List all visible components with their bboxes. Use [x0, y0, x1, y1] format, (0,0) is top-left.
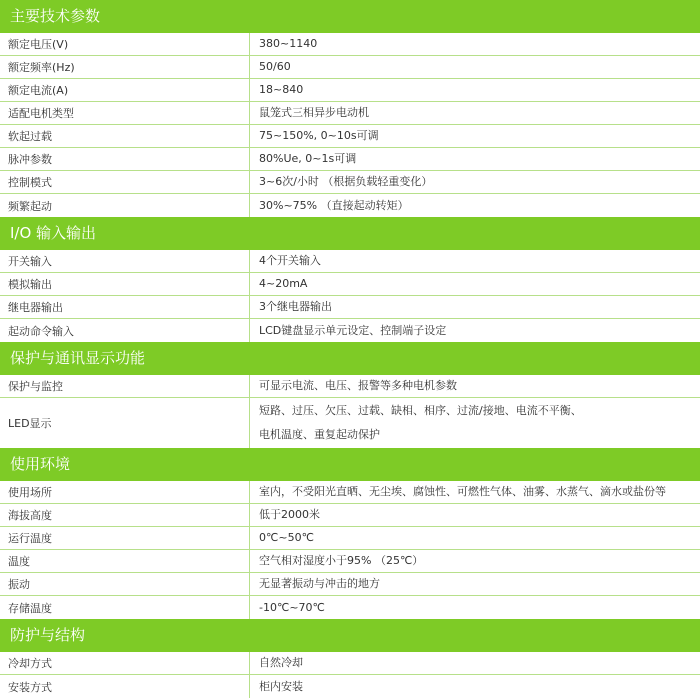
row-value-text: 可显示电流、电压、报警等多种电机参数 — [259, 374, 700, 398]
row-value-text: 电机温度、重复起动保护 — [259, 423, 700, 447]
row-value-text: LCD键盘显示单元设定、控制端子设定 — [259, 319, 700, 343]
table-row: 脉冲参数80%Ue, 0~1s可调 — [0, 148, 700, 171]
row-label: 存储温度 — [0, 596, 250, 619]
table-row: 安装方式柜内安装 — [0, 675, 700, 698]
row-value-text: 0℃~50℃ — [259, 526, 700, 550]
row-value-text: 柜内安装 — [259, 675, 700, 699]
table-row: 开关输入4个开关输入 — [0, 250, 700, 273]
row-value: 低于2000米 — [250, 504, 700, 526]
section-title: 保护与通讯显示功能 — [0, 342, 700, 375]
row-label: 安装方式 — [0, 675, 250, 698]
row-value: 3~6次/小时 （根据负载轻重变化） — [250, 171, 700, 193]
row-label: 额定电流(A) — [0, 79, 250, 101]
section-title: 防护与结构 — [0, 619, 700, 652]
table-row: 模拟输出4~20mA — [0, 273, 700, 296]
row-value-text: 短路、过压、欠压、过载、缺相、相序、过流/接地、电流不平衡、 — [259, 399, 700, 423]
row-value: 4个开关输入 — [250, 250, 700, 272]
table-row: 额定电压(V)380~1140 — [0, 33, 700, 56]
row-value: 室内，不受阳光直晒、无尘埃、腐蚀性、可燃性气体、油雾、水蒸气、滴水或盐份等 — [250, 481, 700, 503]
row-label: 模拟输出 — [0, 273, 250, 295]
table-row: 额定频率(Hz)50/60 — [0, 56, 700, 79]
row-label: 脉冲参数 — [0, 148, 250, 170]
row-label: 使用场所 — [0, 481, 250, 503]
section-title: I/O 输入输出 — [0, 217, 700, 250]
row-label: 频繁起动 — [0, 194, 250, 217]
table-row: 适配电机类型鼠笼式三相异步电动机 — [0, 102, 700, 125]
table-row: 使用场所室内，不受阳光直晒、无尘埃、腐蚀性、可燃性气体、油雾、水蒸气、滴水或盐份… — [0, 481, 700, 504]
row-value: 柜内安装 — [250, 675, 700, 698]
row-label: 振动 — [0, 573, 250, 595]
row-value: 30%~75% （直接起动转矩） — [250, 194, 700, 217]
row-value-text: 4~20mA — [259, 272, 700, 296]
row-label: 起动命令输入 — [0, 319, 250, 342]
row-label: 海拔高度 — [0, 504, 250, 526]
row-value: 75~150%, 0~10s可调 — [250, 125, 700, 147]
row-value-text: -10℃~70℃ — [259, 596, 700, 620]
table-row: 海拔高度低于2000米 — [0, 504, 700, 527]
row-value: 自然冷却 — [250, 652, 700, 674]
table-row: 运行温度0℃~50℃ — [0, 527, 700, 550]
table-row: 继电器输出3个继电器输出 — [0, 296, 700, 319]
row-value: 4~20mA — [250, 273, 700, 295]
row-value-text: 无显著振动与冲击的地方 — [259, 572, 700, 596]
row-value: 鼠笼式三相异步电动机 — [250, 102, 700, 124]
row-label: 冷却方式 — [0, 652, 250, 674]
table-row: 保护与监控可显示电流、电压、报警等多种电机参数 — [0, 375, 700, 398]
section-main-specs: 主要技术参数 额定电压(V)380~1140 额定频率(Hz)50/60 额定电… — [0, 0, 700, 217]
row-value: -10℃~70℃ — [250, 596, 700, 619]
section-environment: 使用环境 使用场所室内，不受阳光直晒、无尘埃、腐蚀性、可燃性气体、油雾、水蒸气、… — [0, 448, 700, 619]
spec-sheet: 主要技术参数 额定电压(V)380~1140 额定频率(Hz)50/60 额定电… — [0, 0, 700, 698]
section-protection-structure: 防护与结构 冷却方式自然冷却 安装方式柜内安装 — [0, 619, 700, 698]
section-protection-display: 保护与通讯显示功能 保护与监控可显示电流、电压、报警等多种电机参数 LED显示短… — [0, 342, 700, 448]
table-row: 振动无显著振动与冲击的地方 — [0, 573, 700, 596]
row-label: 开关输入 — [0, 250, 250, 272]
table-row: 温度空气相对湿度小于95% （25℃） — [0, 550, 700, 573]
row-label: 运行温度 — [0, 527, 250, 549]
row-label: 继电器输出 — [0, 296, 250, 318]
row-value-text: 380~1140 — [259, 32, 700, 56]
row-value-text: 3~6次/小时 （根据负载轻重变化） — [259, 170, 700, 194]
section-title: 使用环境 — [0, 448, 700, 481]
row-value-text: 4个开关输入 — [259, 249, 700, 273]
table-row: 控制模式3~6次/小时 （根据负载轻重变化） — [0, 171, 700, 194]
row-value: 50/60 — [250, 56, 700, 78]
row-value-text: 80%Ue, 0~1s可调 — [259, 147, 700, 171]
table-row: 额定电流(A)18~840 — [0, 79, 700, 102]
table-row: 起动命令输入LCD键盘显示单元设定、控制端子设定 — [0, 319, 700, 342]
table-row: 冷却方式自然冷却 — [0, 652, 700, 675]
row-label: 额定电压(V) — [0, 33, 250, 55]
row-value-text: 室内，不受阳光直晒、无尘埃、腐蚀性、可燃性气体、油雾、水蒸气、滴水或盐份等 — [259, 480, 700, 504]
row-value: 80%Ue, 0~1s可调 — [250, 148, 700, 170]
row-value-text: 50/60 — [259, 55, 700, 79]
table-row: 频繁起动30%~75% （直接起动转矩） — [0, 194, 700, 217]
row-value: 空气相对湿度小于95% （25℃） — [250, 550, 700, 572]
row-label: 温度 — [0, 550, 250, 572]
row-label: 控制模式 — [0, 171, 250, 193]
row-value-text: 18~840 — [259, 78, 700, 102]
table-row: LED显示短路、过压、欠压、过载、缺相、相序、过流/接地、电流不平衡、电机温度、… — [0, 398, 700, 448]
row-value: 0℃~50℃ — [250, 527, 700, 549]
row-value-text: 空气相对湿度小于95% （25℃） — [259, 549, 700, 573]
row-value-text: 鼠笼式三相异步电动机 — [259, 101, 700, 125]
row-value: 18~840 — [250, 79, 700, 101]
section-title: 主要技术参数 — [0, 0, 700, 33]
section-io: I/O 输入输出 开关输入4个开关输入 模拟输出4~20mA 继电器输出3个继电… — [0, 217, 700, 342]
row-value: 无显著振动与冲击的地方 — [250, 573, 700, 595]
row-value: 可显示电流、电压、报警等多种电机参数 — [250, 375, 700, 397]
table-row: 存储温度-10℃~70℃ — [0, 596, 700, 619]
row-value-text: 自然冷却 — [259, 651, 700, 675]
row-value-text: 75~150%, 0~10s可调 — [259, 124, 700, 148]
row-value: LCD键盘显示单元设定、控制端子设定 — [250, 319, 700, 342]
row-label: LED显示 — [0, 398, 250, 448]
row-label: 软起过载 — [0, 125, 250, 147]
row-label: 保护与监控 — [0, 375, 250, 397]
row-value-text: 低于2000米 — [259, 503, 700, 527]
row-value-text: 30%~75% （直接起动转矩） — [259, 194, 700, 218]
row-value: 短路、过压、欠压、过载、缺相、相序、过流/接地、电流不平衡、电机温度、重复起动保… — [250, 398, 700, 448]
row-value-text: 3个继电器输出 — [259, 295, 700, 319]
row-value: 380~1140 — [250, 33, 700, 55]
row-label: 适配电机类型 — [0, 102, 250, 124]
row-value: 3个继电器输出 — [250, 296, 700, 318]
table-row: 软起过载75~150%, 0~10s可调 — [0, 125, 700, 148]
row-label: 额定频率(Hz) — [0, 56, 250, 78]
